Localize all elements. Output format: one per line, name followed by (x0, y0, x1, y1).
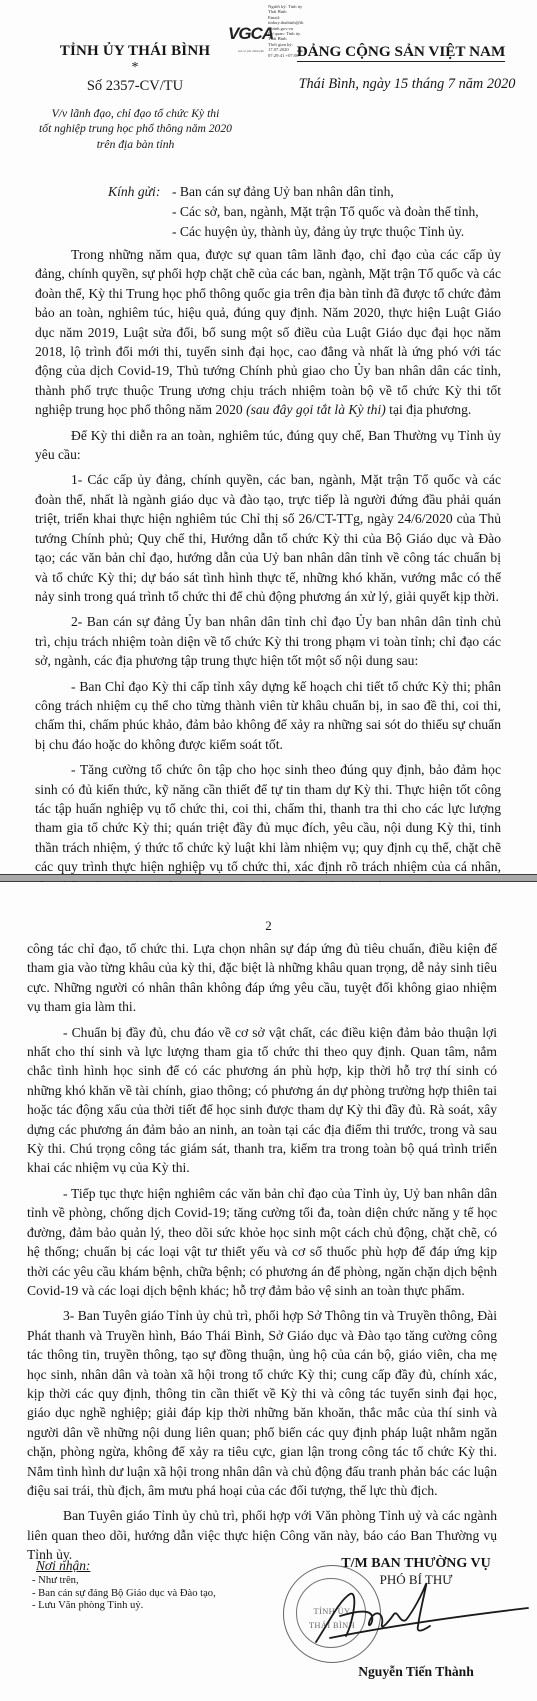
intro-text: Trong những năm qua, được sự quan tâm lã… (35, 247, 501, 417)
document-number: Số 2357-CV/TU (40, 77, 230, 96)
signing-authority: T/M BAN THƯỜNG VỤ (300, 1556, 532, 1572)
vgca-logo-icon: VGCA (228, 24, 273, 43)
document-page-1: VGCA ban cơ yếu chính phủ Người ký: Tỉnh… (0, 0, 537, 874)
noi-nhan-title: Nơi nhận: (36, 1557, 216, 1575)
bullet-b-paragraph: - Tăng cường tổ chức ôn tập cho học sinh… (35, 760, 501, 896)
signer-block: Nguyễn Tiến Thành (300, 1662, 532, 1681)
subject-line: trên địa bàn tỉnh (8, 137, 263, 152)
subject-line: tốt nghiệp trung học phổ thông năm 2020 (8, 121, 263, 136)
recipients-block: Kính gửi:- Ban cán sự đảng Uỷ ban nhân d… (108, 182, 528, 241)
body-page-1: Trong những năm qua, được sự quan tâm lã… (35, 245, 501, 902)
noi-nhan-item: - Như trên, (32, 1575, 216, 1588)
subject-line: V/v lãnh đạo, chỉ đạo tổ chức Kỳ thi (8, 106, 263, 121)
org-name-left: TỈNH ỦY THÁI BÌNH (40, 42, 230, 61)
bullet-c-paragraph: - Chuẩn bị đầy đủ, chu đáo về cơ sở vật … (27, 1023, 497, 1178)
recipient-item: - Ban cán sự đảng Uỷ ban nhân dân tỉnh, (172, 184, 394, 199)
bullet-a-paragraph: - Ban Chỉ đạo Kỳ thi cấp tỉnh xây dựng k… (35, 677, 501, 755)
noi-nhan-item: - Ban cán sự đảng Bộ Giáo dục và Đào tạo… (32, 1588, 216, 1601)
recipients-list-footer: Nơi nhận: - Như trên, - Ban cán sự đảng … (32, 1557, 216, 1613)
page-number: 2 (0, 916, 537, 935)
recipient-item: - Các sở, ban, ngành, Mặt trận Tổ quốc v… (108, 202, 528, 222)
intro-paragraph: Trong những năm qua, được sự quan tâm lã… (35, 245, 501, 420)
party-name: ĐẢNG CỘNG SẢN VIỆT NAM (297, 43, 506, 62)
party-header: ĐẢNG CỘNG SẢN VIỆT NAM (270, 42, 532, 61)
star-icon: * (40, 62, 230, 74)
date-place-line: Thái Bình, ngày 15 tháng 7 năm 2020 (276, 75, 537, 94)
document-subject: V/v lãnh đạo, chỉ đạo tổ chức Kỳ thi tốt… (8, 106, 263, 152)
item-2-paragraph: 2- Ban cán sự đảng Ủy ban nhân dân tỉnh … (35, 612, 501, 670)
bullet-b-continued: công tác chỉ đạo, tổ chức thi. Lựa chọn … (27, 939, 497, 1017)
recipients-label: Kính gửi: (108, 182, 172, 202)
body-page-2: công tác chỉ đạo, tổ chức thi. Lựa chọn … (27, 939, 497, 1571)
bullet-d-paragraph: - Tiếp tục thực hiện nghiêm các văn bản … (27, 1184, 497, 1300)
intro-text-end: tại địa phương. (386, 402, 472, 417)
recipient-item: - Các huyện ủy, thành ủy, đảng ủy trực t… (108, 222, 528, 242)
noi-nhan-item: - Lưu Văn phòng Tỉnh uỷ. (32, 1600, 216, 1613)
request-paragraph: Để Kỳ thi diễn ra an toàn, nghiêm túc, đ… (35, 426, 501, 465)
handwritten-signature-icon (310, 1580, 530, 1650)
intro-italic-note: (sau đây gọi tắt là Kỳ thi) (246, 402, 386, 417)
item-3-paragraph: 3- Ban Tuyên giáo Tỉnh ủy chủ trì, phối … (27, 1306, 497, 1500)
item-1-paragraph: 1- Các cấp ủy đảng, chính quyền, các ban… (35, 470, 501, 606)
signer-name: Nguyễn Tiến Thành (300, 1662, 532, 1681)
vgca-logo-subtitle: ban cơ yếu chính phủ (238, 42, 264, 61)
issuing-organization: TỈNH ỦY THÁI BÌNH * Số 2357-CV/TU (40, 42, 230, 97)
